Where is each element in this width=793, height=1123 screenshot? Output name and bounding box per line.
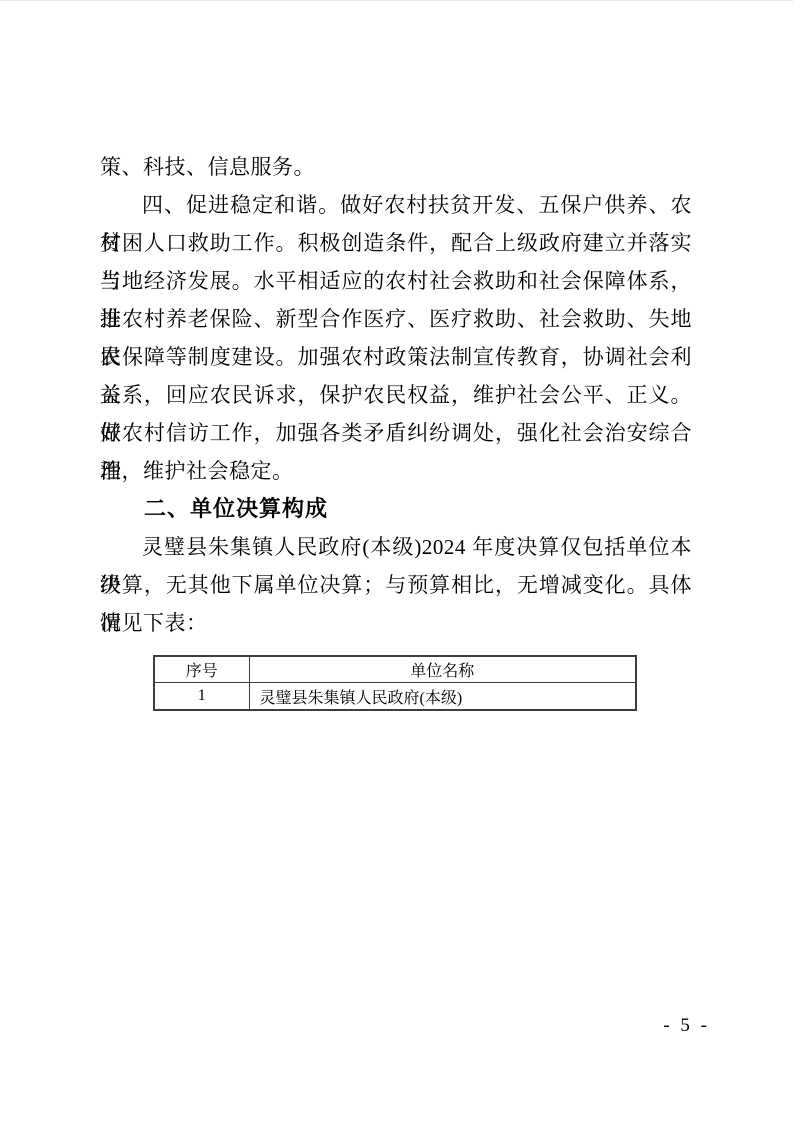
text-line: 民保障等制度建设。加强农村政策法制宣传教育，协调社会利益 — [100, 338, 692, 376]
units-table: 序号单位名称 1灵璧县朱集镇人民政府(本级) — [153, 655, 637, 711]
text-line: 策、科技、信息服务。 — [100, 148, 692, 186]
text-line: 贫困人口救助工作。积极创造条件，配合上级政府建立并落实与 — [100, 224, 692, 262]
paragraph-3: 灵璧县朱集镇人民政府(本级)2024 年度决算仅包括单位本级决算，无其他下属单位… — [100, 528, 692, 642]
paragraph-1: 策、科技、信息服务。 — [100, 148, 692, 186]
text-line: 当地经济发展。水平相适应的农村社会救助和社会保障体系，推 — [100, 262, 692, 300]
document-body: 策、科技、信息服务。 四、促进稳定和谐。做好农村扶贫开发、五保户供养、农村贫困人… — [100, 148, 692, 642]
text-line: 关系，回应农民诉求，保护农民权益，维护社会公平、正义。做 — [100, 376, 692, 414]
sequence-cell: 1 — [154, 683, 249, 711]
page-number: - 5 - — [663, 1013, 710, 1039]
paragraph-2: 四、促进稳定和谐。做好农村扶贫开发、五保户供养、农村贫困人口救助工作。积极创造条… — [100, 186, 692, 490]
table-row: 1灵璧县朱集镇人民政府(本级) — [154, 683, 636, 711]
table-header-cell: 单位名称 — [249, 656, 636, 683]
table-body: 1灵璧县朱集镇人民政府(本级) — [154, 683, 636, 711]
text-line: 况见下表： — [100, 604, 692, 642]
document-page: 策、科技、信息服务。 四、促进稳定和谐。做好农村扶贫开发、五保户供养、农村贫困人… — [0, 0, 793, 1123]
table-header-row: 序号单位名称 — [154, 656, 636, 683]
text-line: 决算，无其他下属单位决算；与预算相比，无增减变化。具体情 — [100, 566, 692, 604]
text-line: 四、促进稳定和谐。做好农村扶贫开发、五保户供养、农村 — [100, 186, 692, 224]
table-header-cell: 序号 — [154, 656, 249, 683]
text-line: 好农村信访工作，加强各类矛盾纠纷调处，强化社会治安综合治 — [100, 414, 692, 452]
unit-name-cell: 灵璧县朱集镇人民政府(本级) — [249, 683, 636, 711]
section-heading: 二、单位决算构成 — [100, 490, 692, 528]
text-line: 理，维护社会稳定。 — [100, 452, 692, 490]
text-line: 灵璧县朱集镇人民政府(本级)2024 年度决算仅包括单位本级 — [100, 528, 692, 566]
text-line: 进农村养老保险、新型合作医疗、医疗救助、社会救助、失地农 — [100, 300, 692, 338]
